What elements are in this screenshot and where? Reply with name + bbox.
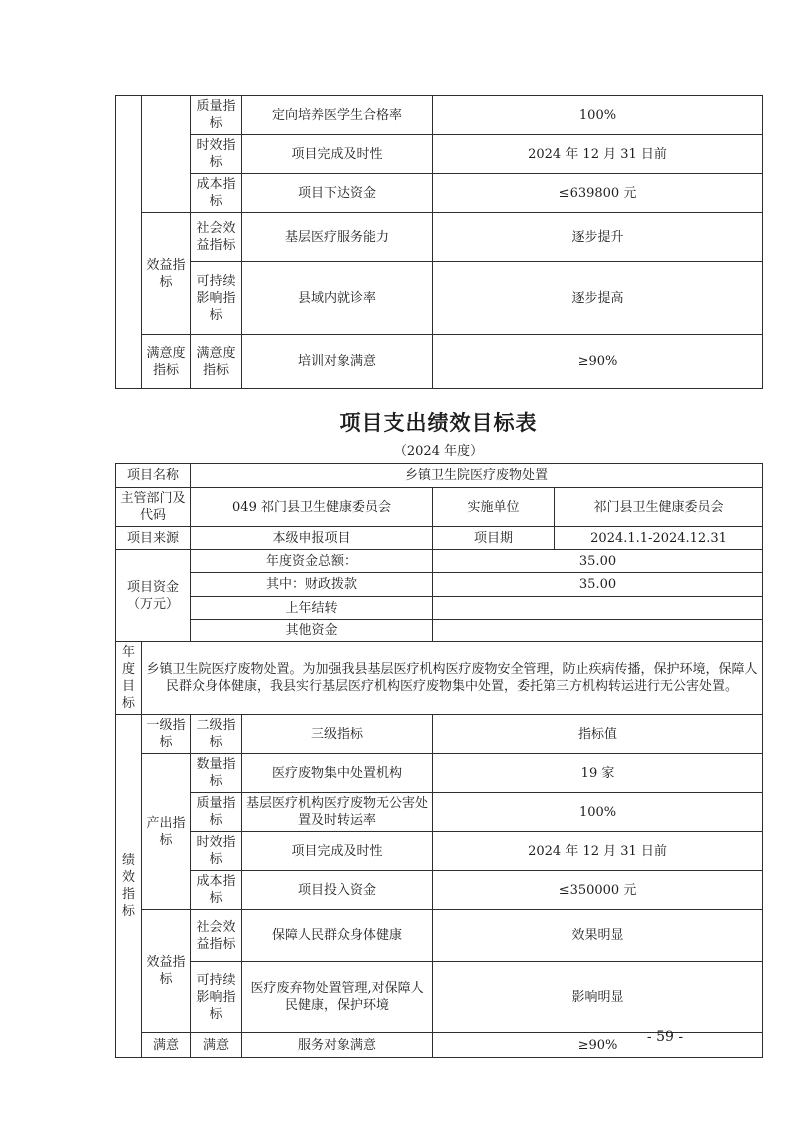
funds-row-value: 35.00	[433, 573, 763, 597]
document-page: 质量指标 定向培养医学生合格率 100% 时效指标 项目完成及时性 2024 年…	[0, 0, 793, 1122]
page-title: 项目支出绩效目标表	[115, 407, 762, 437]
annual-goal-label: 年度目标	[116, 642, 142, 715]
impl-unit-label: 实施单位	[433, 488, 555, 527]
indicator-value-cell: 效果明显	[433, 910, 763, 962]
cont-indicator-value-cell: 逐步提升	[433, 213, 763, 262]
cont-indicator-name-cell: 基层医疗服务能力	[242, 213, 433, 262]
indicator-value-cell: 19 家	[433, 754, 763, 793]
cont-level2-cell: 社会效益指标	[191, 213, 242, 262]
cont-indicator-value-cell: 逐步提高	[433, 262, 763, 335]
cont-level2-cell: 满意度指标	[191, 335, 242, 389]
funds-row-value	[433, 597, 763, 620]
cont-indicator-value-cell: 100%	[433, 96, 763, 135]
cont-side-empty-cell	[116, 96, 142, 389]
cont-indicator-value-cell: 2024 年 12 月 31 日前	[433, 135, 763, 174]
indicator-name-cell: 基层医疗机构医疗废物无公害处置及时转运率	[242, 793, 433, 832]
source-value: 本级申报项目	[191, 527, 433, 550]
cont-indicator-value-cell: ≥90%	[433, 335, 763, 389]
funds-row-value: 35.00	[433, 550, 763, 573]
level1-cell: 产出指标	[142, 754, 191, 910]
cont-indicator-name-cell: 定向培养医学生合格率	[242, 96, 433, 135]
dept-value: 049 祁门县卫生健康委员会	[191, 488, 433, 527]
cont-level2-cell: 成本指标	[191, 174, 242, 213]
cont-indicator-name-cell: 培训对象满意	[242, 335, 433, 389]
indicator-name-cell: 服务对象满意	[242, 1033, 433, 1058]
period-label: 项目期	[433, 527, 555, 550]
indicator-value-cell: 100%	[433, 793, 763, 832]
source-label: 项目来源	[116, 527, 191, 550]
funds-row-name: 年度资金总额：	[191, 550, 433, 573]
header-level1: 一级指标	[142, 715, 191, 754]
dept-label: 主管部门及代码	[116, 488, 191, 527]
funds-row-name: 其他资金	[191, 620, 433, 642]
project-name-value: 乡镇卫生院医疗废物处置	[191, 464, 763, 488]
cont-indicator-name-cell: 县域内就诊率	[242, 262, 433, 335]
header-level3: 三级指标	[242, 715, 433, 754]
annual-goal-text: 乡镇卫生院医疗废物处置。为加强我县基层医疗机构医疗废物安全管理，防止疾病传播，保…	[142, 642, 763, 715]
level2-cell: 社会效益指标	[191, 910, 242, 962]
cont-level2-cell: 可持续影响指标	[191, 262, 242, 335]
cont-level2-cell: 时效指标	[191, 135, 242, 174]
indicator-value-cell: 2024 年 12 月 31 日前	[433, 832, 763, 871]
level1-cell: 效益指标	[142, 910, 191, 1033]
cont-level2-cell: 质量指标	[191, 96, 242, 135]
cont-level1-cell: 效益指标	[142, 213, 191, 335]
page-number: - 59 -	[585, 1029, 745, 1045]
level2-cell: 满意	[191, 1033, 242, 1058]
indicator-name-cell: 项目投入资金	[242, 871, 433, 910]
indicator-name-cell: 保障人民群众身体健康	[242, 910, 433, 962]
level2-cell: 时效指标	[191, 832, 242, 871]
indicator-value-cell: 影响明显	[433, 962, 763, 1033]
page-subtitle: （2024 年度）	[115, 440, 762, 459]
funds-row-value	[433, 620, 763, 642]
level2-cell: 可持续影响指标	[191, 962, 242, 1033]
indicator-name-cell: 医疗废物集中处置机构	[242, 754, 433, 793]
level2-cell: 质量指标	[191, 793, 242, 832]
cont-level1-empty-cell	[142, 96, 191, 213]
funds-label: 项目资金（万元）	[116, 550, 191, 642]
funds-row-name: 其中：财政拨款	[191, 573, 433, 597]
impl-unit-value: 祁门县卫生健康委员会	[555, 488, 763, 527]
indicator-name-cell: 项目完成及时性	[242, 832, 433, 871]
header-value: 指标值	[433, 715, 763, 754]
performance-target-table: 项目名称 乡镇卫生院医疗废物处置 主管部门及代码 049 祁门县卫生健康委员会 …	[115, 463, 763, 1058]
cont-level1-cell: 满意度指标	[142, 335, 191, 389]
period-value: 2024.1.1-2024.12.31	[555, 527, 763, 550]
level1-cell: 满意	[142, 1033, 191, 1058]
project-name-label: 项目名称	[116, 464, 191, 488]
cont-indicator-name-cell: 项目下达资金	[242, 174, 433, 213]
continuation-indicator-table: 质量指标 定向培养医学生合格率 100% 时效指标 项目完成及时性 2024 年…	[115, 95, 763, 389]
level2-cell: 数量指标	[191, 754, 242, 793]
cont-indicator-value-cell: ≤639800 元	[433, 174, 763, 213]
cont-indicator-name-cell: 项目完成及时性	[242, 135, 433, 174]
indicator-value-cell: ≤350000 元	[433, 871, 763, 910]
indicators-side-label: 绩效指标	[116, 715, 142, 1058]
indicator-name-cell: 医疗废弃物处置管理,对保障人民健康，保护环境	[242, 962, 433, 1033]
header-level2: 二级指标	[191, 715, 242, 754]
funds-row-name: 上年结转	[191, 597, 433, 620]
level2-cell: 成本指标	[191, 871, 242, 910]
